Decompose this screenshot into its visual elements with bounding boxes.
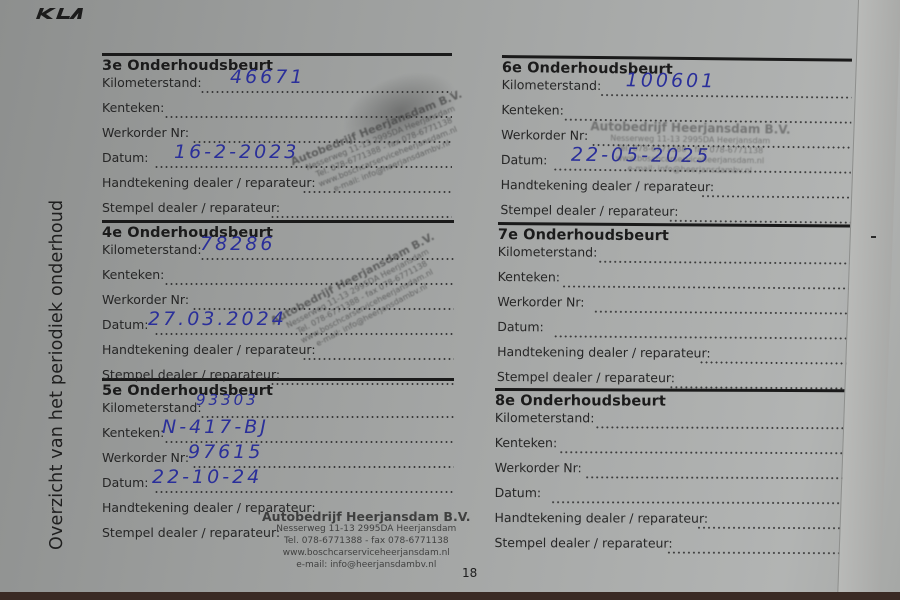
field-werkorder[interactable]: Werkorder Nr:	[495, 460, 845, 486]
service-entry-8: 8e Onderhoudsbeurt Kilometerstand: Kente…	[494, 388, 845, 561]
page-edge-mark	[871, 236, 876, 238]
section-divider	[102, 220, 454, 223]
field-label: Kilometerstand:	[502, 77, 602, 93]
service-title: 5e Onderhoudsbeurt	[102, 383, 454, 400]
section-divider	[102, 53, 452, 56]
field-handtekening[interactable]: Handtekening dealer / reparateur:	[102, 342, 454, 367]
field-handtekening[interactable]: Handtekening dealer / reparateur:	[500, 177, 850, 206]
dotted-line	[697, 527, 845, 530]
field-label: Kenteken:	[102, 267, 164, 282]
dotted-line	[562, 285, 850, 289]
field-kilometerstand[interactable]: Kilometerstand: 100601	[502, 77, 852, 106]
handwritten-value: 100601	[626, 72, 717, 89]
field-datum[interactable]: Datum: 22-10-24	[102, 475, 454, 500]
dotted-line	[598, 261, 850, 265]
field-kenteken[interactable]: Kenteken:	[497, 269, 849, 296]
handwritten-value: 97615	[188, 444, 263, 460]
handwritten-value: N-417-BJ	[162, 419, 269, 435]
dealer-stamp-faded: Autobedrijf Heerjansdam B.V. Nesserweg 1…	[590, 120, 791, 176]
dotted-line	[553, 335, 849, 339]
field-label: Werkorder Nr:	[102, 450, 189, 465]
field-kilometerstand[interactable]: Kilometerstand: 93303	[102, 400, 454, 425]
field-label: Stempel dealer / reparateur:	[500, 202, 678, 219]
field-werkorder[interactable]: Werkorder Nr:	[497, 294, 849, 321]
handwritten-value: 46671	[230, 69, 305, 85]
service-entry-7: 7e Onderhoudsbeurt Kilometerstand: Kente…	[497, 222, 850, 396]
field-label: Datum:	[495, 485, 542, 500]
field-label: Handtekening dealer / reparateur:	[501, 177, 715, 194]
field-datum[interactable]: Datum:	[497, 319, 849, 346]
field-label: Kilometerstand:	[102, 75, 202, 90]
field-label: Kenteken:	[498, 269, 561, 284]
field-label: Werkorder Nr:	[102, 292, 189, 307]
field-label: Handtekening dealer / reparateur:	[497, 344, 711, 360]
kia-logo-icon	[34, 4, 90, 22]
field-label: Werkorder Nr:	[102, 125, 189, 140]
dotted-line	[699, 361, 849, 364]
field-label: Stempel dealer / reparateur:	[497, 369, 675, 385]
dealer-stamp: Autobedrijf Heerjansdam B.V. Nesserweg 1…	[262, 510, 471, 571]
field-label: Kilometerstand:	[102, 242, 202, 257]
field-label: Handtekening dealer / reparateur:	[102, 175, 316, 190]
dotted-line	[600, 94, 852, 99]
dotted-line	[593, 311, 849, 315]
dotted-line	[701, 195, 851, 199]
field-kilometerstand[interactable]: Kilometerstand:	[498, 244, 850, 271]
field-label: Werkorder Nr:	[495, 460, 582, 475]
field-label: Datum:	[497, 319, 544, 334]
logbook-page: Overzicht van het periodiek onderhoud 3e…	[0, 0, 900, 592]
section-title-vertical: Overzicht van het periodiek onderhoud	[47, 200, 67, 550]
dotted-line	[154, 491, 454, 493]
handwritten-value: 78286	[200, 236, 275, 252]
field-kenteken[interactable]: Kenteken: N-417-BJ	[102, 425, 454, 450]
field-label: Kenteken:	[501, 102, 564, 118]
field-label: Kilometerstand:	[495, 410, 595, 425]
field-label: Stempel dealer / reparateur:	[102, 200, 280, 215]
field-label: Datum:	[102, 317, 149, 332]
handwritten-value: 27.03.2024	[148, 311, 287, 327]
field-label: Datum:	[102, 150, 149, 165]
dotted-line	[270, 216, 452, 218]
handwritten-value: 93303	[196, 392, 259, 408]
field-label: Stempel dealer / reparateur:	[102, 525, 280, 540]
dotted-line	[595, 426, 845, 429]
handwritten-value: 16-2-2023	[174, 144, 299, 160]
field-label: Datum:	[102, 475, 149, 490]
field-label: Kenteken:	[495, 435, 557, 450]
field-label: Handtekening dealer / reparateur:	[495, 510, 709, 526]
field-handtekening[interactable]: Handtekening dealer / reparateur:	[494, 510, 844, 536]
field-label: Datum:	[501, 152, 548, 167]
dotted-line	[666, 552, 844, 555]
field-datum[interactable]: Datum:	[495, 485, 845, 511]
dotted-line	[585, 476, 845, 479]
dotted-line	[302, 358, 454, 360]
dotted-line	[551, 501, 845, 504]
field-label: Kenteken:	[102, 100, 164, 115]
field-label: Kenteken:	[102, 425, 164, 440]
field-handtekening[interactable]: Handtekening dealer / reparateur:	[497, 344, 849, 371]
field-label: Werkorder Nr:	[497, 294, 584, 310]
field-label: Kilometerstand:	[102, 400, 202, 415]
field-kenteken[interactable]: Kenteken:	[495, 435, 845, 461]
field-datum[interactable]: Datum: 27.03.2024	[102, 317, 454, 342]
field-label: Werkorder Nr:	[501, 127, 588, 143]
service-title: 8e Onderhoudsbeurt	[495, 393, 845, 411]
dotted-line	[559, 451, 845, 454]
field-label: Stempel dealer / reparateur:	[494, 535, 672, 551]
field-handtekening[interactable]: Handtekening dealer / reparateur:	[102, 175, 452, 200]
field-stempel[interactable]: Stempel dealer / reparateur:	[494, 535, 844, 561]
service-title: 4e Onderhoudsbeurt	[102, 225, 454, 242]
field-label: Kilometerstand:	[498, 244, 598, 260]
field-label: Stempel dealer / reparateur:	[102, 367, 280, 382]
section-divider	[495, 388, 845, 392]
handwritten-value: 22-10-24	[152, 469, 262, 485]
field-kilometerstand[interactable]: Kilometerstand:	[495, 410, 845, 436]
